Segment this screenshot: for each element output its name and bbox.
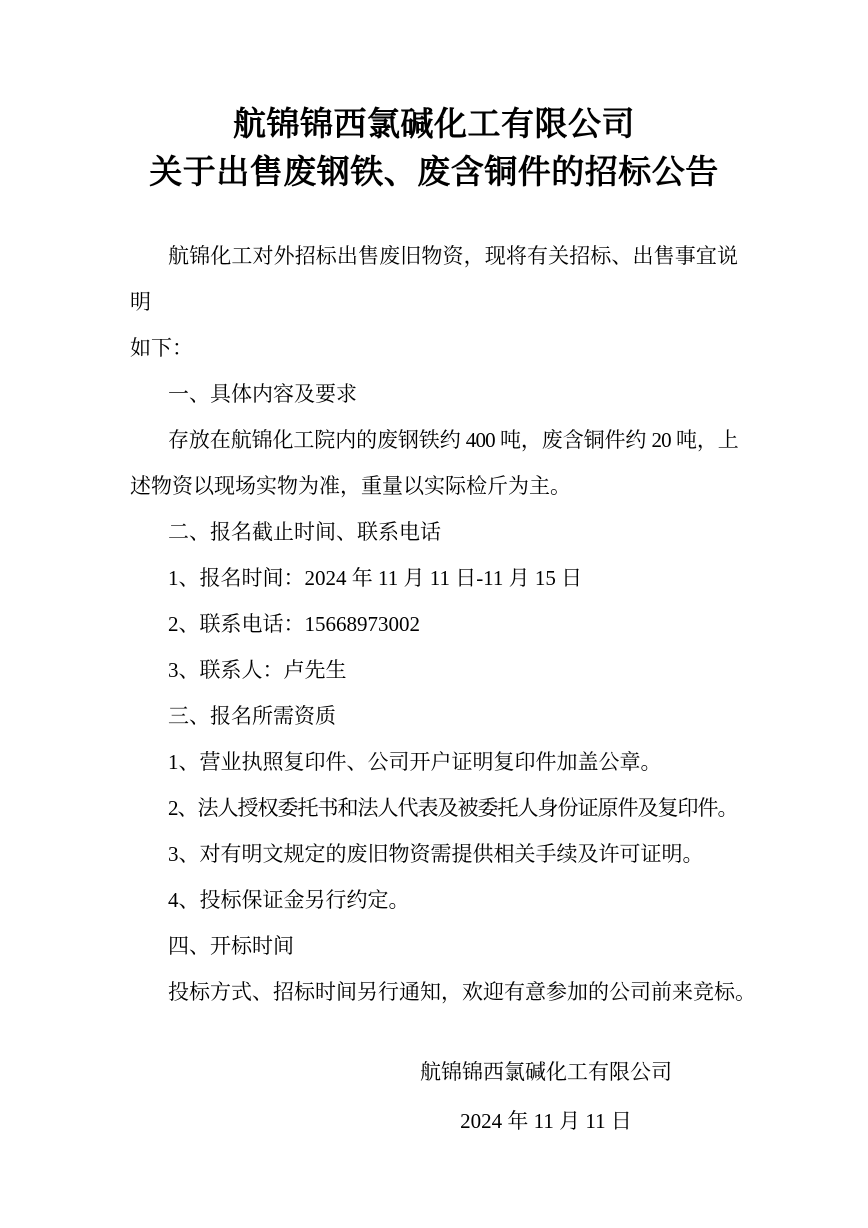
- body-line: 一、具体内容及要求: [130, 371, 738, 417]
- body-line: 3、联系人：卢先生: [130, 647, 738, 693]
- body-line: 投标方式、招标时间另行通知，欢迎有意参加的公司前来竞标。: [130, 969, 738, 1015]
- signature-block: 航锦锦西氯碱化工有限公司 2024 年 11 月 11 日: [406, 1048, 686, 1146]
- document-title: 航锦锦西氯碱化工有限公司 关于出售废钢铁、废含铜件的招标公告: [130, 0, 738, 197]
- body-line: 2、法人授权委托书和法人代表及被委托人身份证原件及复印件。: [130, 785, 738, 831]
- body-line: 3、对有明文规定的废旧物资需提供相关手续及许可证明。: [130, 831, 738, 877]
- doc-title-line2: 关于出售废钢铁、废含铜件的招标公告: [130, 149, 738, 197]
- body-line: 1、营业执照复印件、公司开户证明复印件加盖公章。: [130, 739, 738, 785]
- body-line: 航锦化工对外招标出售废旧物资，现将有关招标、出售事宜说明: [130, 233, 738, 325]
- document-body: 航锦化工对外招标出售废旧物资，现将有关招标、出售事宜说明如下：一、具体内容及要求…: [130, 233, 738, 1015]
- body-line: 述物资以现场实物为准，重量以实际检斤为主。: [130, 463, 738, 509]
- body-line: 如下：: [130, 325, 738, 371]
- doc-title-line1: 航锦锦西氯碱化工有限公司: [130, 101, 738, 149]
- body-line: 4、投标保证金另行约定。: [130, 877, 738, 923]
- body-line: 四、开标时间: [130, 923, 738, 969]
- body-line: 2、联系电话：15668973002: [130, 601, 738, 647]
- body-line: 1、报名时间：2024 年 11 月 11 日-11 月 15 日: [130, 555, 738, 601]
- body-line: 二、报名截止时间、联系电话: [130, 509, 738, 555]
- document-page: 航锦锦西氯碱化工有限公司 关于出售废钢铁、废含铜件的招标公告 航锦化工对外招标出…: [0, 0, 868, 1228]
- body-line: 三、报名所需资质: [130, 693, 738, 739]
- document-content: 航锦锦西氯碱化工有限公司 关于出售废钢铁、废含铜件的招标公告 航锦化工对外招标出…: [130, 0, 738, 1146]
- signature-date: 2024 年 11 月 11 日: [406, 1097, 686, 1146]
- body-line: 存放在航锦化工院内的废钢铁约 400 吨，废含铜件约 20 吨，上: [130, 417, 738, 463]
- signature-company: 航锦锦西氯碱化工有限公司: [406, 1048, 686, 1097]
